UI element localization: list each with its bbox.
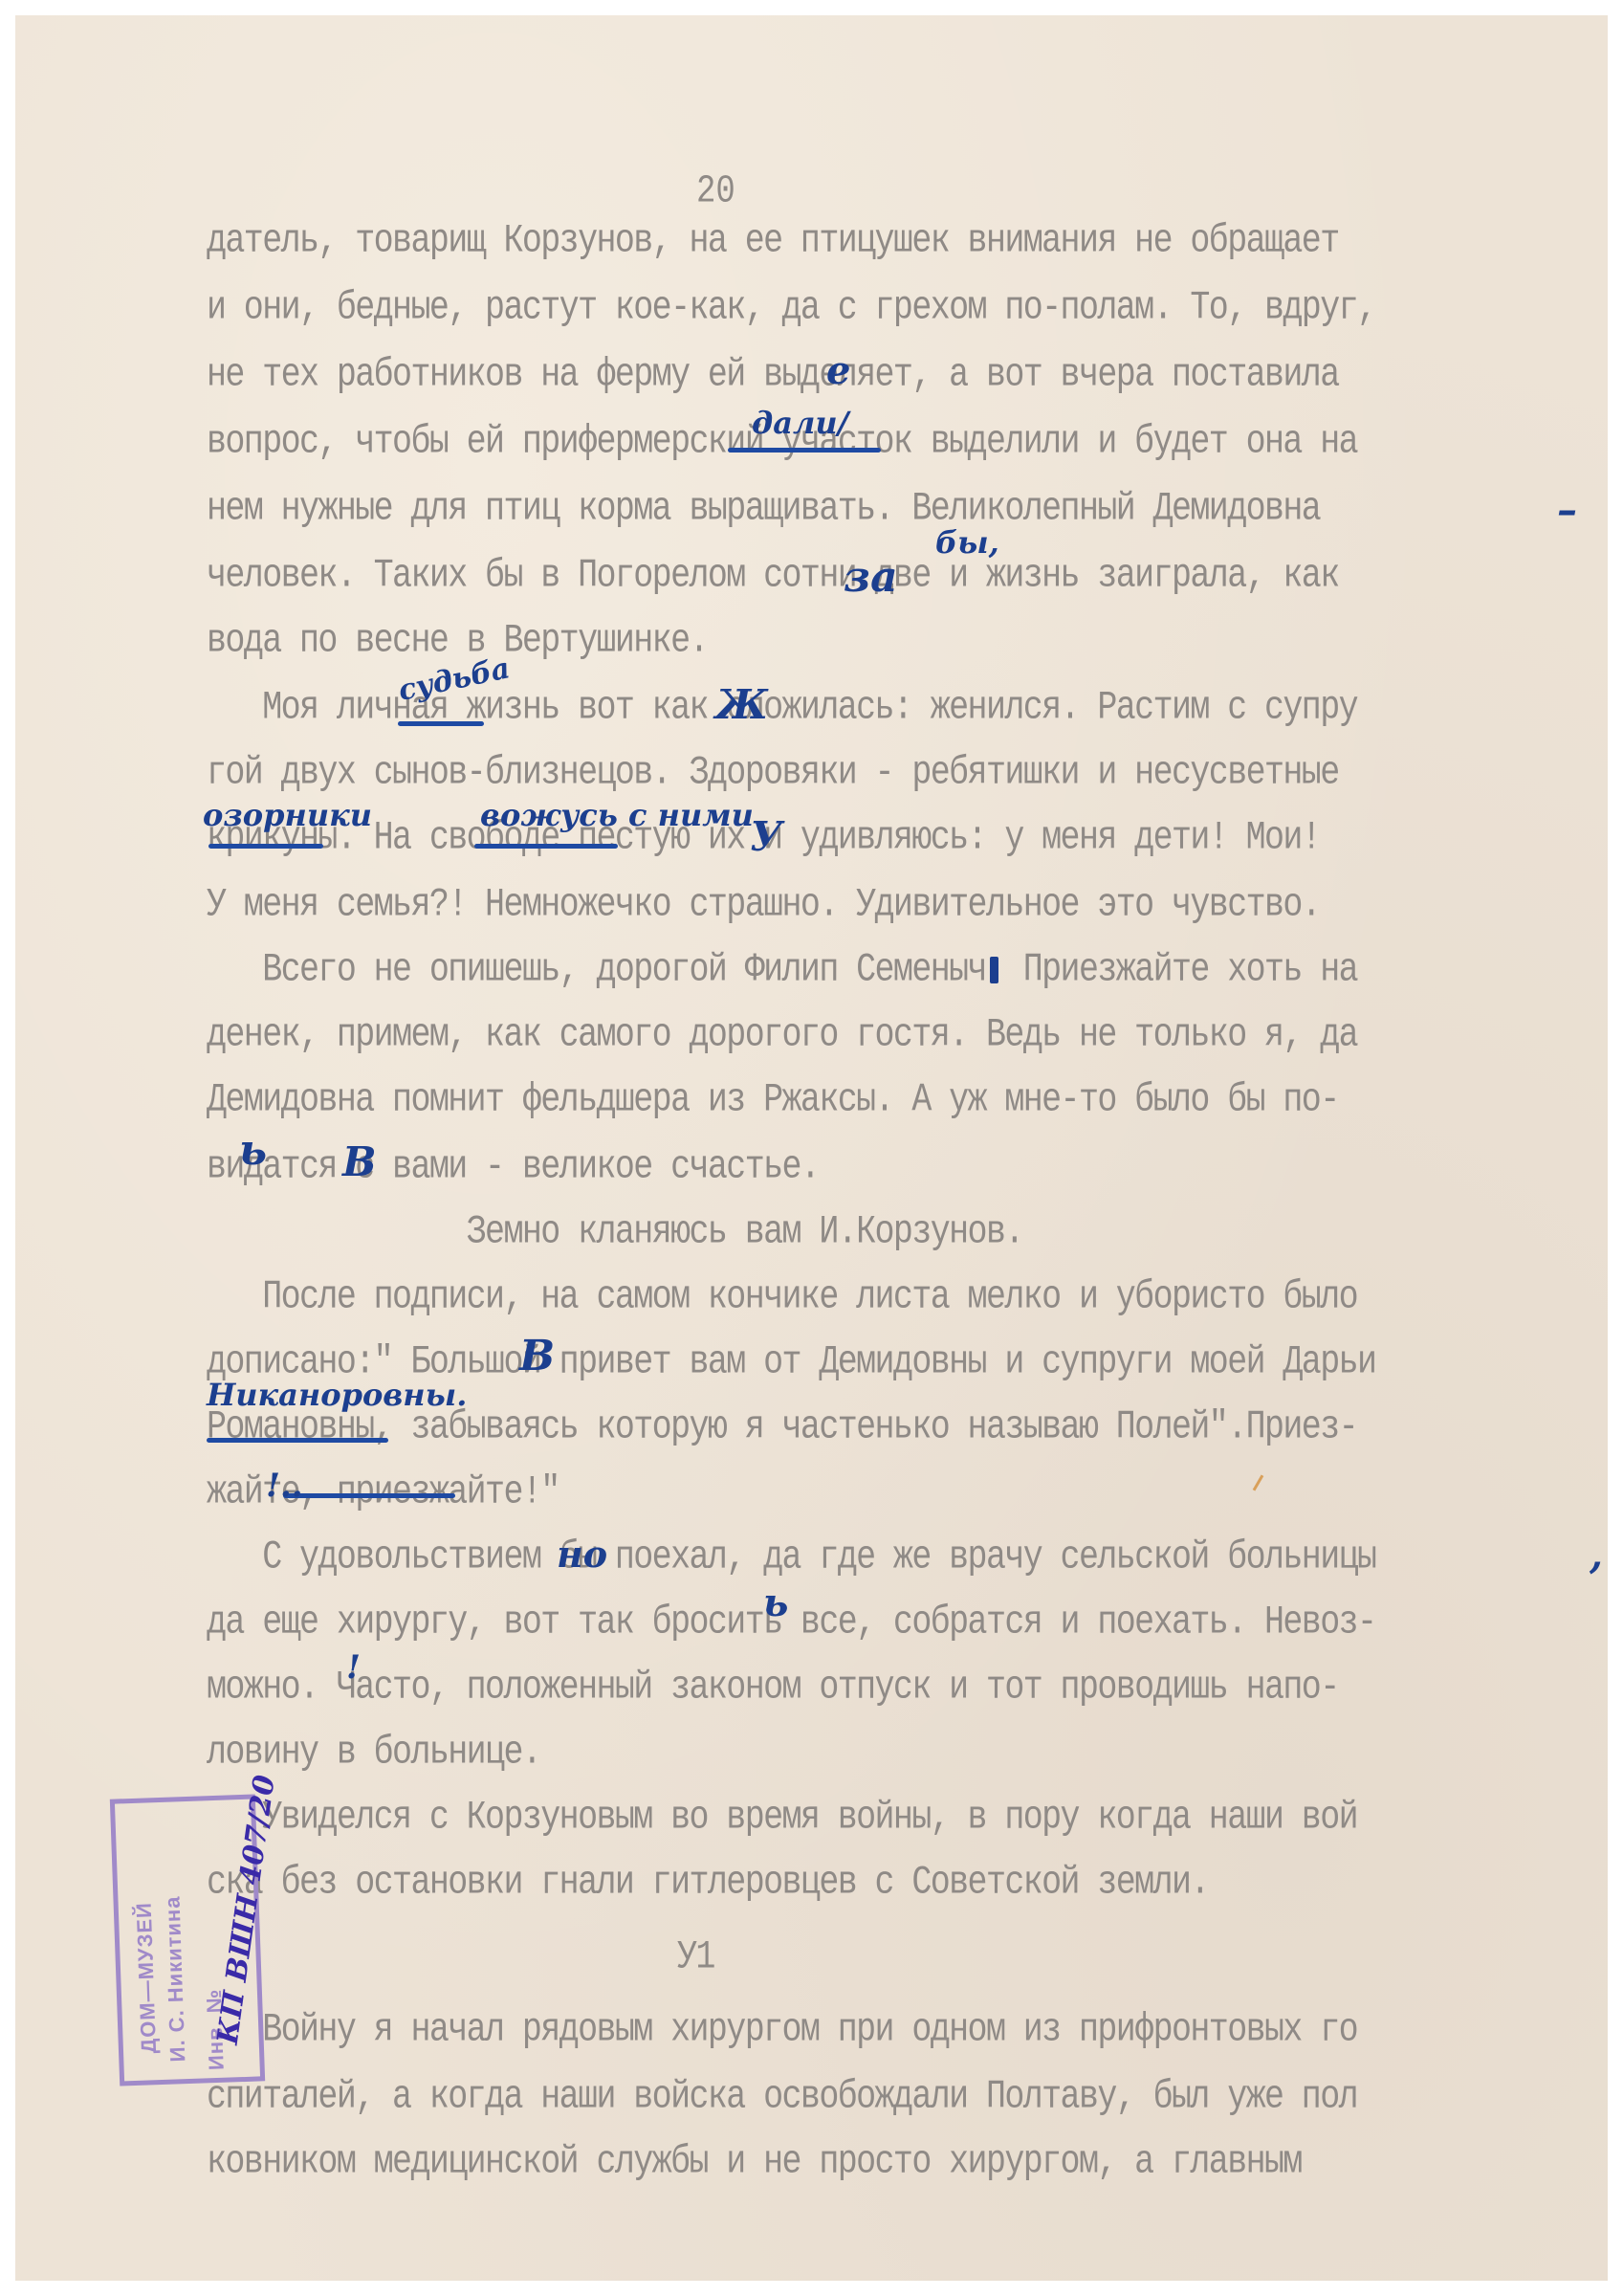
museum-stamp: ДОМ—МУЗЕЙ И. С. Никитина Инв. № КП ВШН 4… (110, 1794, 265, 2086)
typed-line: Всего не опишешь, дорогой Филип Семеныч.… (207, 951, 1357, 990)
typed-line: нем нужные для птиц корма выращивать. Ве… (207, 490, 1320, 529)
section-marker: У1 (677, 1938, 714, 1977)
stamp-inventory-number: КП ВШН 407/20 (211, 1773, 282, 2046)
ink-blemish (1253, 1474, 1264, 1490)
typed-line: не тех работников на ферму ей выделяет, … (207, 356, 1339, 395)
handwritten-correction: озорники (203, 800, 372, 830)
strikethrough (208, 844, 323, 849)
typed-line: ска без остановки гнали гитлеровцев с Со… (207, 1864, 1209, 1903)
handwritten-correction: бы, (935, 527, 999, 558)
handwritten-correction: В (342, 1142, 377, 1182)
handwritten-correction: вожусь с ними (480, 800, 754, 830)
signature-line: Земно кланяюсь вам И.Корзунов. (207, 1213, 1023, 1252)
typed-line: спиталей, а когда наши войска освобождал… (207, 2078, 1357, 2117)
typed-line: денек, примем, как самого дорогого гостя… (207, 1016, 1357, 1055)
typed-line: вода по весне в Вертушинке. (207, 622, 708, 661)
strikethrough (283, 1493, 455, 1498)
handwritten-correction: за (844, 557, 898, 599)
typed-line: датель, товарищ Корзунов, на ее птицушек… (207, 222, 1339, 261)
handwritten-correction: дали/ (752, 408, 848, 438)
handwritten-letter-mark (990, 957, 998, 983)
typed-line: ковником медицинской службы и не просто … (207, 2143, 1302, 2182)
handwritten-correction: У (750, 817, 782, 857)
typed-line: и они, бедные, растут кое-как, да с грех… (207, 289, 1375, 328)
typed-line: Войну я начал рядовым хирургом при одном… (207, 2011, 1357, 2050)
stamp-line-1: ДОМ—МУЗЕЙ (132, 1902, 163, 2054)
typed-line: да еще хирургу, вот так бросить все, соб… (207, 1603, 1375, 1643)
strikethrough (474, 844, 618, 849)
handwritten-correction: , (1590, 1536, 1603, 1575)
document-page: 20 датель, товарищ Корзунов, на ее птицу… (15, 15, 1608, 2281)
typed-line: ловину в больнице. (207, 1733, 540, 1773)
handwritten-correction: е (826, 352, 850, 390)
handwritten-correction: В (519, 1336, 555, 1378)
handwritten-correction: ! (346, 1651, 361, 1684)
typed-line: С удовольствием бы поехал, да где же вра… (207, 1538, 1375, 1578)
typed-line: человек. Таких бы в Погорелом сотни две … (207, 557, 1339, 596)
handwritten-correction: ь (763, 1584, 788, 1623)
handwritten-correction: но (557, 1536, 607, 1573)
handwritten-correction: Ж (715, 685, 768, 725)
typed-line: Демидовна помнит фельдшера из Ржаксы. А … (207, 1081, 1339, 1120)
typed-line: Увиделся с Корзуновым во время войны, в … (207, 1799, 1357, 1838)
handwritten-correction: !.. (266, 1469, 303, 1502)
strikethrough (728, 448, 881, 453)
typed-line: Моя личная жизнь вот как сложилась: жени… (207, 689, 1357, 728)
strikethrough (398, 721, 484, 726)
typed-line: После подписи, на самом кончике листа ме… (207, 1278, 1357, 1317)
handwritten-correction: ь (239, 1130, 267, 1172)
page-number: 20 (696, 170, 735, 214)
typed-line: можно. Часто, положенный законом отпуск … (207, 1668, 1339, 1708)
handwritten-correction: Никаноровны. (207, 1380, 467, 1410)
typed-line: видатся с вами - великое счастье. (207, 1148, 819, 1187)
typed-line: У меня семья?! Немножечко страшно. Удиви… (207, 886, 1320, 925)
typed-line: гой двух сынов-близнецов. Здоровяки - ре… (207, 754, 1339, 793)
handwritten-correction: – (1557, 490, 1577, 530)
strikethrough (207, 1438, 388, 1443)
stamp-line-2: И. С. Никитина (160, 1895, 190, 2063)
